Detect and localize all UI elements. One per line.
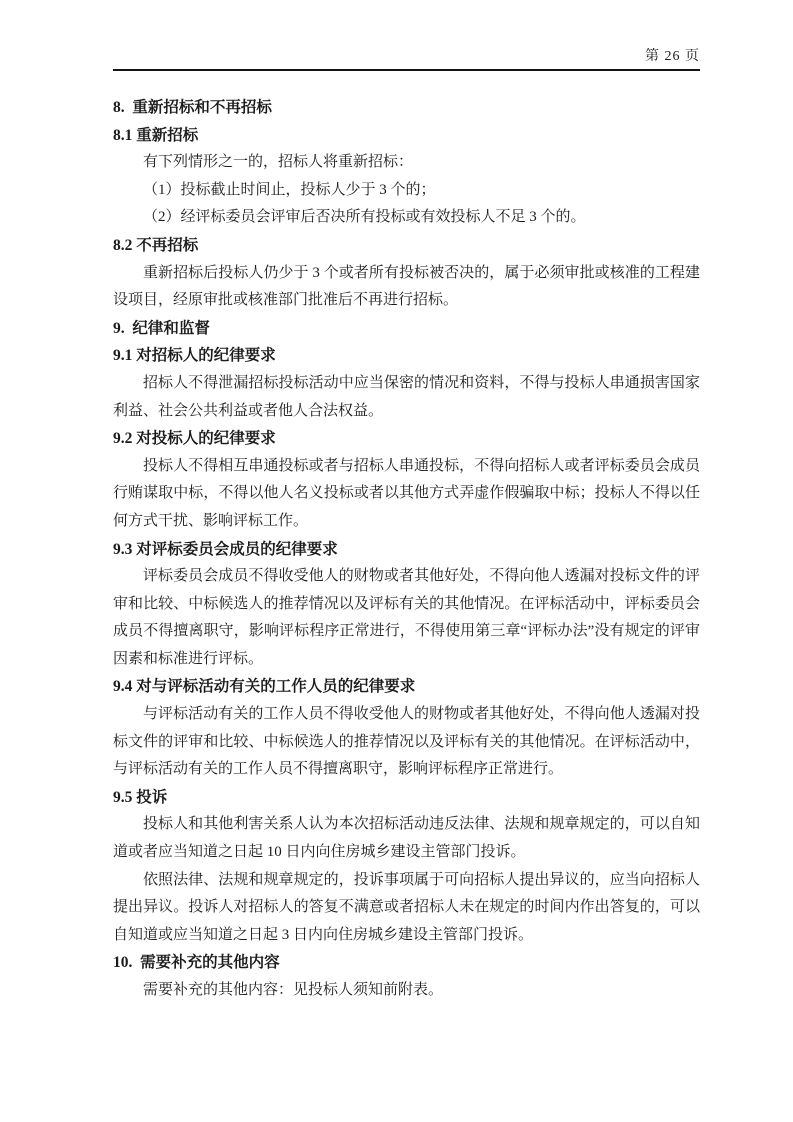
document-page: 第 26 页 8. 重新招标和不再招标 8.1 重新招标 有下列情形之一的，招标… (0, 0, 793, 1122)
paragraph-9-5-a: 投标人和其他利害关系人认为本次招标活动违反法律、法规和规章规定的，可以自知道或者… (113, 811, 700, 866)
paragraph-9-4: 与评标活动有关的工作人员不得收受他人的财物或者其他好处，不得向他人透漏对投标文件… (113, 701, 700, 784)
paragraph-10: 需要补充的其他内容：见投标人须知前附表。 (113, 977, 700, 1005)
heading-section-8: 8. 重新招标和不再招标 (113, 94, 700, 122)
heading-9-2: 9.2 对投标人的纪律要求 (113, 425, 700, 453)
heading-8-2: 8.2 不再招标 (113, 232, 700, 260)
page-number-label: 第 26 页 (645, 49, 700, 64)
page-header: 第 26 页 (113, 48, 700, 71)
document-body: 8. 重新招标和不再招标 8.1 重新招标 有下列情形之一的，招标人将重新招标：… (113, 94, 700, 1005)
paragraph-9-1: 招标人不得泄漏招标投标活动中应当保密的情况和资料，不得与投标人串通损害国家利益、… (113, 370, 700, 425)
heading-9-1: 9.1 对招标人的纪律要求 (113, 342, 700, 370)
heading-9-4: 9.4 对与评标活动有关的工作人员的纪律要求 (113, 673, 700, 701)
list-item-1: （1）投标截止时间止，投标人少于 3 个的； (113, 177, 700, 205)
heading-9-5: 9.5 投诉 (113, 784, 700, 812)
paragraph-8-1-intro: 有下列情形之一的，招标人将重新招标： (113, 149, 700, 177)
heading-8-1: 8.1 重新招标 (113, 122, 700, 150)
heading-section-10: 10. 需要补充的其他内容 (113, 949, 700, 977)
heading-section-9: 9. 纪律和监督 (113, 315, 700, 343)
list-item-2: （2）经评标委员会评审后否决所有投标或有效投标人不足 3 个的。 (113, 204, 700, 232)
paragraph-9-3: 评标委员会成员不得收受他人的财物或者其他好处，不得向他人透漏对投标文件的评审和比… (113, 563, 700, 673)
paragraph-9-2: 投标人不得相互串通投标或者与招标人串通投标，不得向招标人或者评标委员会成员行贿谋… (113, 453, 700, 536)
paragraph-9-5-b: 依照法律、法规和规章规定的，投诉事项属于可向招标人提出异议的，应当向招标人提出异… (113, 867, 700, 950)
heading-9-3: 9.3 对评标委员会成员的纪律要求 (113, 536, 700, 564)
paragraph-8-2: 重新招标后投标人仍少于 3 个或者所有投标被否决的，属于必须审批或核准的工程建设… (113, 260, 700, 315)
